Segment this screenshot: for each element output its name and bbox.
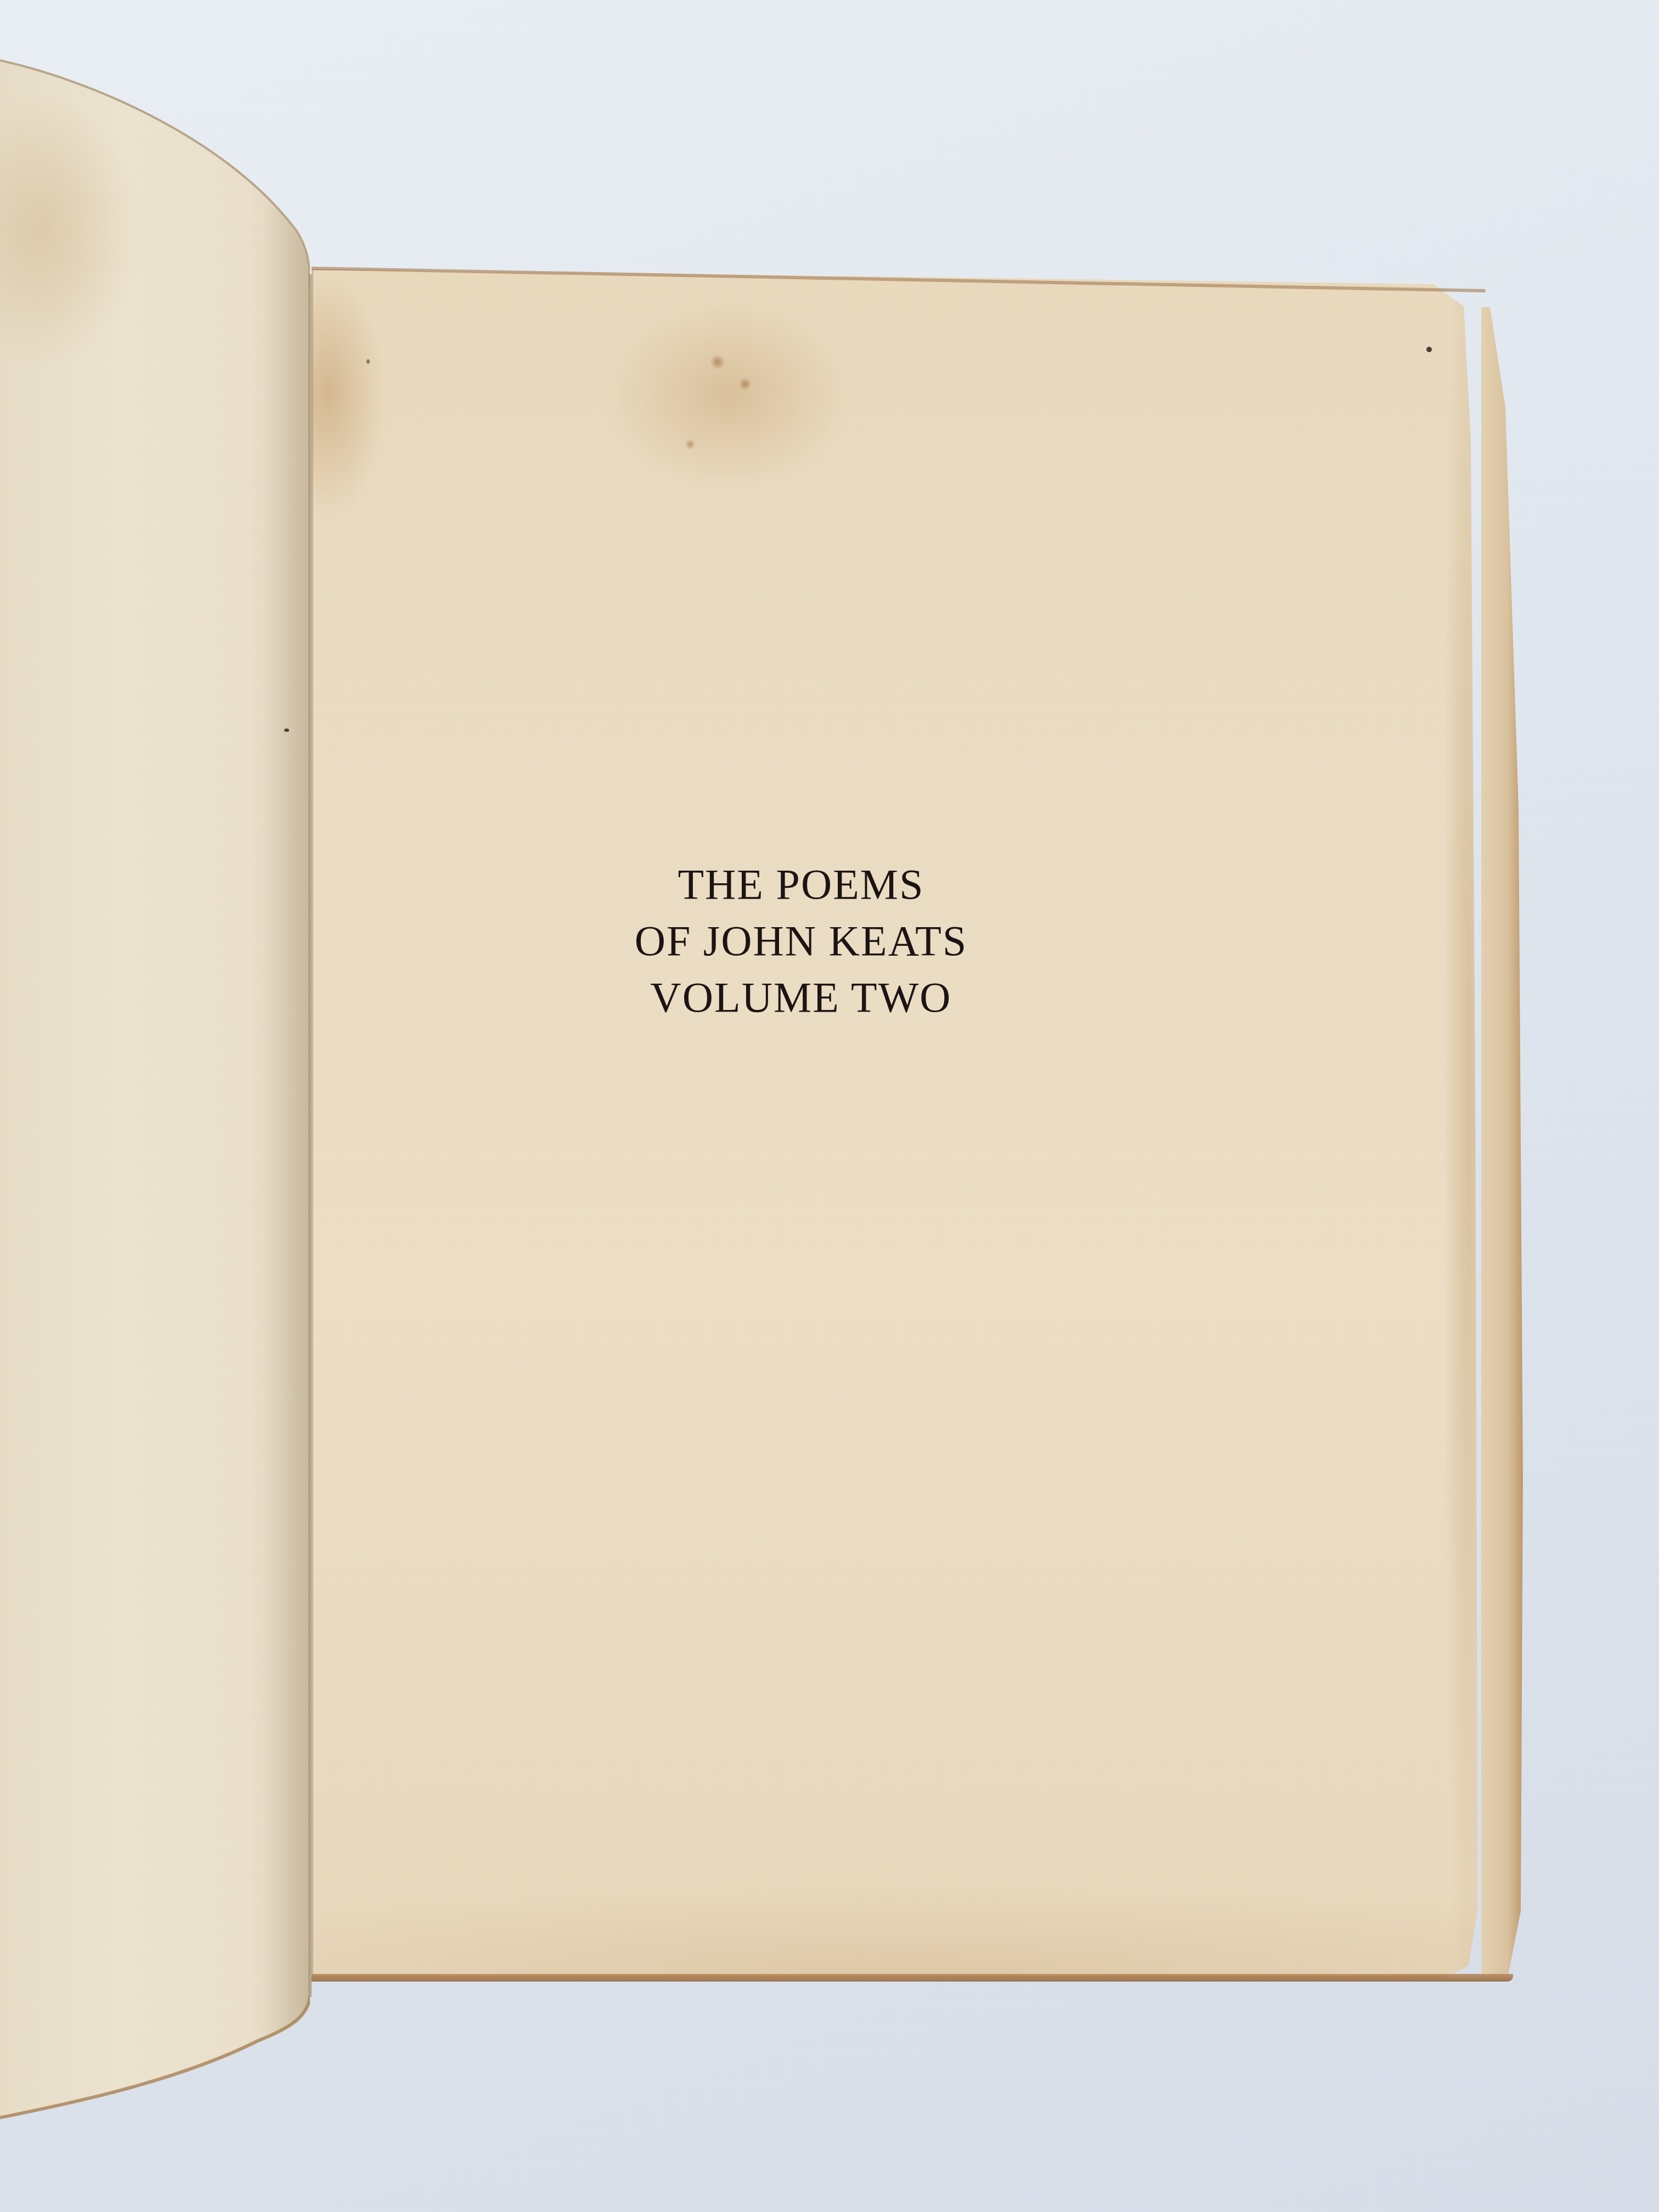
title-line-3: VOLUME TWO (582, 969, 1020, 1025)
right-page-recto (312, 269, 1480, 1978)
title-line-1: THE POEMS (582, 856, 1020, 912)
foxing-stains (312, 269, 1480, 1978)
paper-speck (1426, 347, 1432, 352)
book-photo-scene: THE POEMS OF JOHN KEATS VOLUME TWO (0, 0, 1659, 2212)
title-line-2: OF JOHN KEATS (582, 912, 1020, 969)
paper-speck (366, 359, 370, 364)
left-page-verso (0, 0, 310, 2212)
paper-speck (284, 729, 289, 732)
page-fore-edge (1481, 307, 1525, 1978)
half-title: THE POEMS OF JOHN KEATS VOLUME TWO (582, 856, 1020, 1025)
book-gutter (308, 274, 312, 1997)
page-bottom-edge (312, 1974, 1513, 1982)
